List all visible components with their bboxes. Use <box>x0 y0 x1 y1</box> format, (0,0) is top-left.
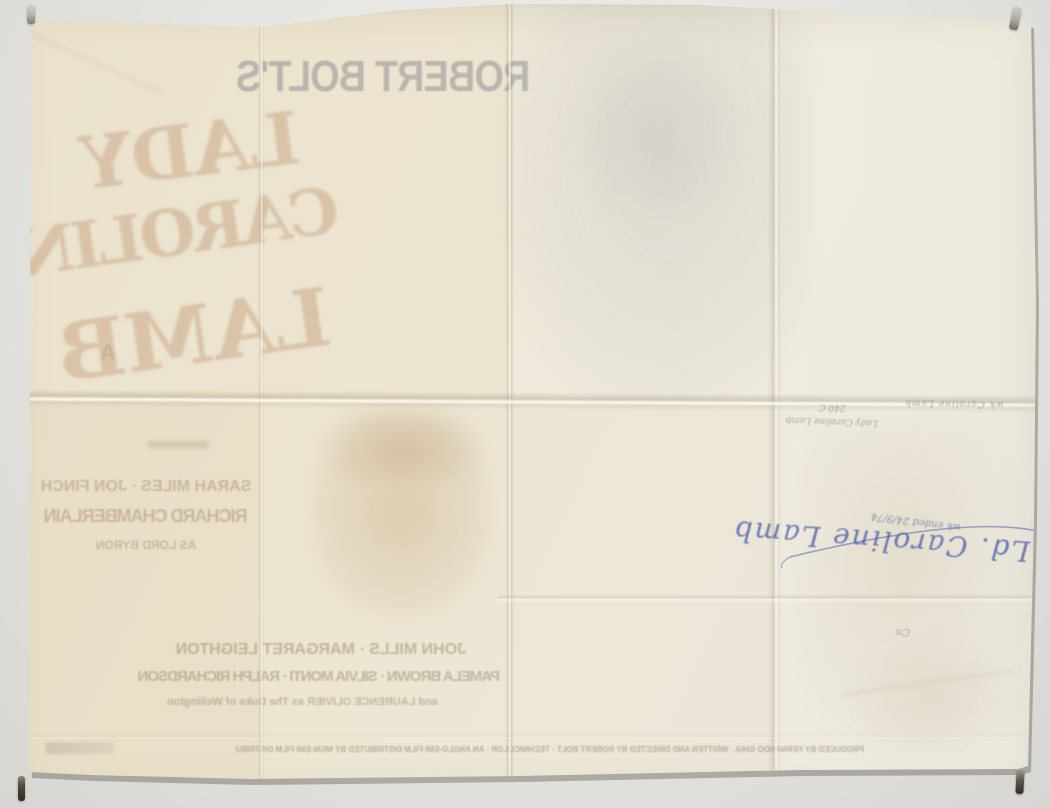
hanging-clip-bottom-left <box>18 776 25 801</box>
poster-edge-shading <box>0 0 1050 808</box>
poster-back: ROBERT BOLT'S LADY CAROLINE LAMB A SARAH… <box>0 0 1050 808</box>
hanging-clip-top-left <box>27 5 35 24</box>
photo-backdrop: ROBERT BOLT'S LADY CAROLINE LAMB A SARAH… <box>0 0 1050 808</box>
hanging-clip-bottom-right <box>1015 770 1024 794</box>
